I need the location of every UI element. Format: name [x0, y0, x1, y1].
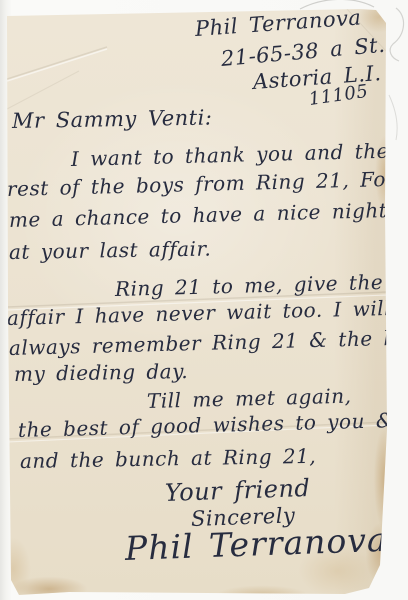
scanned-letter: Phil Terranova 21-65-38 a St. Astoria L.…: [0, 0, 408, 600]
body-line: affair I have never wait too. I will: [7, 296, 392, 330]
body-line: my dieding day.: [14, 359, 189, 386]
body-line: always remember Ring 21 & the boys to: [9, 324, 408, 360]
salutation: Mr Sammy Venti:: [12, 106, 213, 133]
body-line: at your last affair.: [9, 236, 212, 264]
body-line: rest of the boys from Ring 21, For givin…: [7, 165, 408, 201]
body-line: and the bunch at Ring 21,: [20, 444, 317, 473]
closing-your-friend: Your friend: [165, 474, 311, 507]
body-line: Till me met again,: [147, 384, 352, 413]
body-line: I want to thank you and the: [71, 139, 390, 171]
body-line: me a chance to have a nice night: [9, 198, 388, 232]
signature: Phil Terranova: [124, 520, 388, 568]
letter-paper: Phil Terranova 21-65-38 a St. Astoria L.…: [7, 9, 387, 595]
body-line: the best of good wishes to you & yours.: [18, 406, 408, 442]
